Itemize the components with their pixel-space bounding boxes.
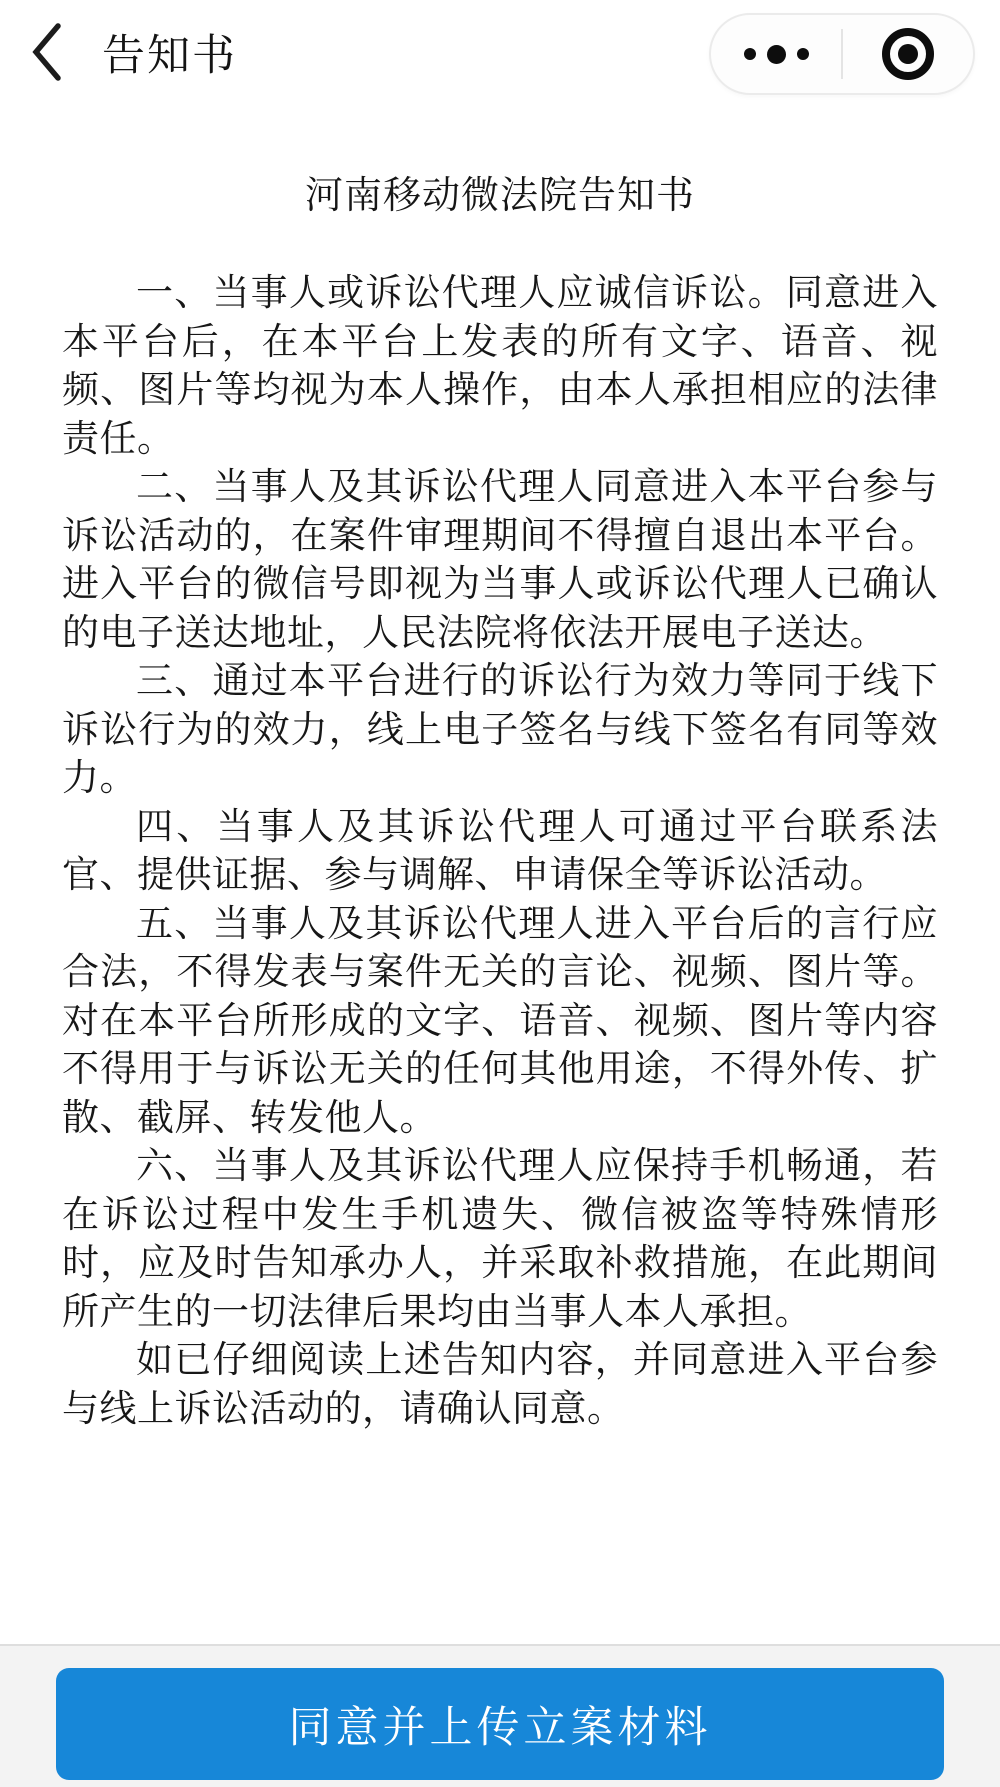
document-paragraph: 五、当事人及其诉讼代理人进入平台后的言行应合法，不得发表与案件无关的言论、视频、… bbox=[62, 900, 938, 1143]
document-paragraph: 三、通过本平台进行的诉讼行为效力等同于线下诉讼行为的效力，线上电子签名与线下签名… bbox=[62, 657, 938, 803]
notice-document: 河南移动微法院告知书 一、当事人或诉讼代理人应诚信诉讼。同意进入本平台后，在本平… bbox=[0, 104, 1000, 1433]
more-menu-button[interactable] bbox=[711, 15, 841, 93]
document-paragraph: 六、当事人及其诉讼代理人应保持手机畅通，若在诉讼过程中发生手机遗失、微信被盗等特… bbox=[62, 1142, 938, 1336]
action-bar: 同意并上传立案材料 bbox=[0, 1644, 1000, 1787]
document-paragraph: 二、当事人及其诉讼代理人同意进入本平台参与诉讼活动的，在案件审理期间不得擅自退出… bbox=[62, 463, 938, 657]
page-title: 告知书 bbox=[102, 22, 237, 83]
document-body: 一、当事人或诉讼代理人应诚信诉讼。同意进入本平台后，在本平台上发表的所有文字、语… bbox=[62, 269, 938, 1433]
document-paragraph: 四、当事人及其诉讼代理人可通过平台联系法官、提供证据、参与调解、申请保全等诉讼活… bbox=[62, 803, 938, 900]
miniapp-capsule bbox=[709, 13, 975, 95]
navbar: 告知书 bbox=[0, 0, 1000, 104]
back-button[interactable] bbox=[30, 12, 86, 92]
miniapp-screen: 告知书 河南移动微法院告知书 一、当事人或诉讼代理人应诚信诉讼。同意进入本平台后… bbox=[0, 0, 1000, 1787]
chevron-left-icon bbox=[30, 21, 64, 83]
document-paragraph: 如已仔细阅读上述告知内容，并同意进入平台参与线上诉讼活动的，请确认同意。 bbox=[62, 1336, 938, 1433]
exit-miniapp-button[interactable] bbox=[843, 15, 973, 93]
more-dots-icon bbox=[744, 45, 809, 64]
document-title: 河南移动微法院告知书 bbox=[62, 164, 938, 219]
document-paragraph: 一、当事人或诉讼代理人应诚信诉讼。同意进入本平台后，在本平台上发表的所有文字、语… bbox=[62, 269, 938, 463]
exit-target-icon bbox=[882, 28, 934, 80]
agree-upload-button[interactable]: 同意并上传立案材料 bbox=[56, 1668, 944, 1780]
